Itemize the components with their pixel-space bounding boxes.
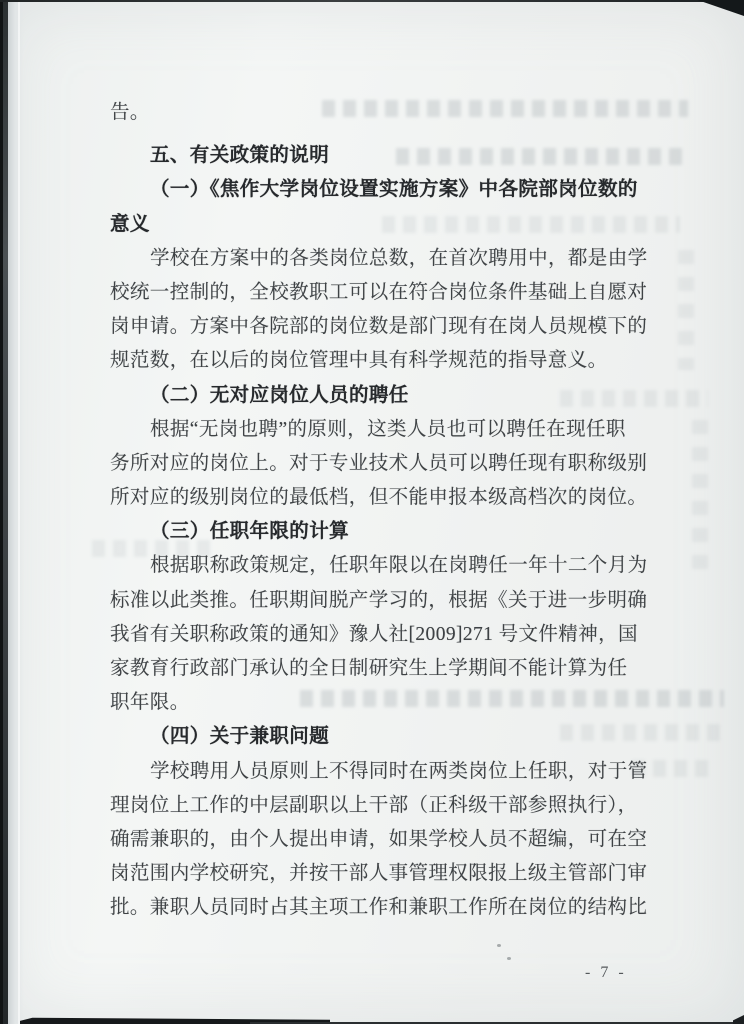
scan-left-edge [0,0,3,1024]
scan-speck [497,944,501,947]
scan-speck [507,957,511,960]
paragraph-3-line: 标准以此类推。任职期间脱产学习的，根据《关于进一步明确 [110,584,670,618]
subsection-heading-2: （二）无对应岗位人员的聘任 [110,379,670,413]
page-number: - 7 - [585,964,627,982]
paragraph-1-line: 规范数，在以后的岗位管理中具有科学规范的指导意义。 [110,344,670,378]
paragraph-1-line: 岗申请。方案中各院部的岗位数是部门现有在岗人员规模下的 [110,310,670,344]
paragraph-1-line: 校统一控制的，全校教职工可以在符合岗位条件基础上自愿对 [110,276,670,310]
paragraph-4-line: 批。兼职人员同时占其主项工作和兼职工作所在岗位的结构比 [110,891,670,925]
subsection-heading-3: （三）任职年限的计算 [110,515,670,549]
scan-corner-bottom-right [733,1015,744,1024]
document-body: 告。 五、有关政策的说明 （一）《焦作大学岗位设置实施方案》中各院部岗位数的 意… [110,96,670,926]
paragraph-4-line: 理岗位上工作的中层副职以上干部（正科级干部参照执行）， [110,789,670,823]
paragraph-3-line: 我省有关职称政策的通知》豫人社[2009]271 号文件精神，国 [110,618,670,652]
paragraph-2-line: 根据“无岗也聘”的原则，这类人员也可以聘任在现任职 [110,413,670,447]
scan-left-shade [8,0,24,1024]
paragraph-3-line: 职年限。 [110,686,670,720]
page-top-continuation-text: 告。 [110,96,670,130]
scan-corner-top-right [686,0,744,16]
paragraph-4-line: 岗范围内学校研究，并按干部人事管理权限报上级主管部门审 [110,857,670,891]
paragraph-4-line: 学校聘用人员原则上不得同时在两类岗位上任职，对于管 [110,755,670,789]
scan-left-crease [18,0,20,1024]
paragraph-2-line: 所对应的级别岗位的最低档，但不能申报本级高档次的岗位。 [110,481,670,515]
bleed-through-mark [678,250,694,370]
scanned-document-page: 告。 五、有关政策的说明 （一）《焦作大学岗位设置实施方案》中各院部岗位数的 意… [0,0,744,1024]
subsection-heading-4: （四）关于兼职问题 [110,720,670,754]
subsection-heading-1-cont: 意义 [110,208,670,242]
paragraph-2-line: 务所对应的岗位上。对于专业技术人员可以聘任现有职称级别 [110,447,670,481]
subsection-heading-1: （一）《焦作大学岗位设置实施方案》中各院部岗位数的 [110,173,670,207]
paragraph-1-line: 学校在方案中的各类岗位总数，在首次聘用中，都是由学 [110,242,670,276]
paragraph-3-line: 根据职称政策规定，任职年限以在岗聘任一年十二个月为 [110,549,670,583]
section-heading-policies: 五、有关政策的说明 [110,139,670,173]
bleed-through-mark [692,420,708,570]
paragraph-4-line: 确需兼职的，由个人提出申请，如果学校人员不超编，可在空 [110,823,670,857]
scan-left-edge [3,0,8,1024]
scan-top-edge [0,0,744,2]
paragraph-3-line: 家教育行政部门承认的全日制研究生上学期间不能计算为任 [110,652,670,686]
